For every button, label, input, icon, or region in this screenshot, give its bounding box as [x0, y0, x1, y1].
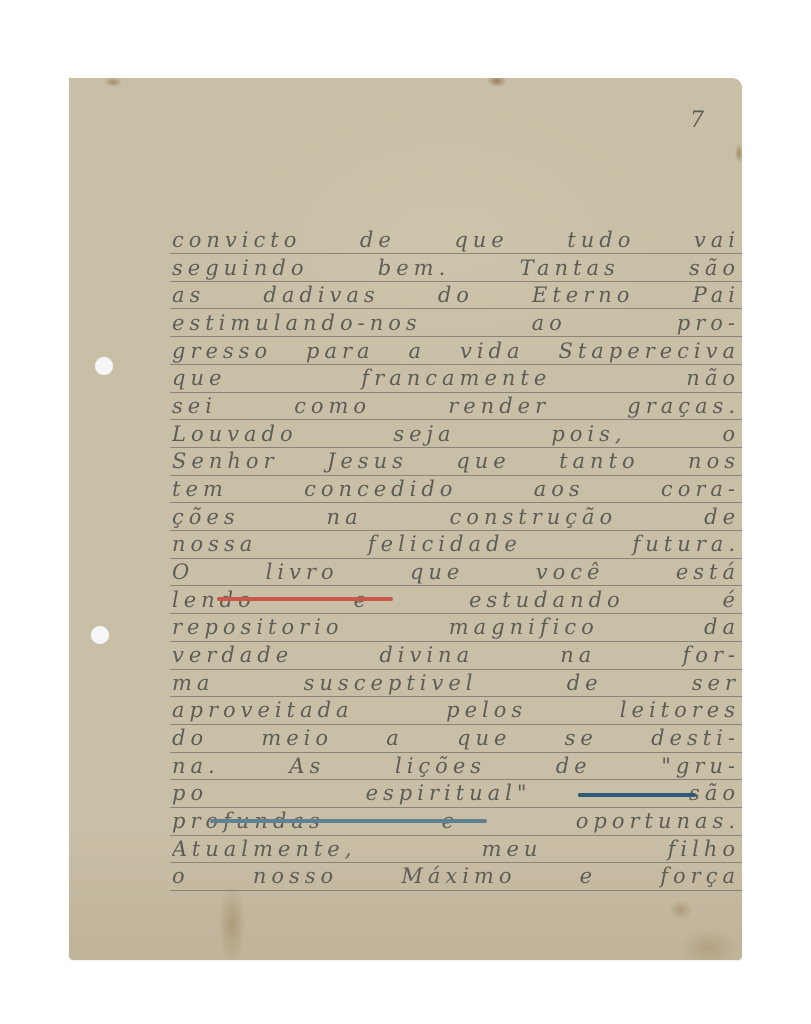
text-line: repositorio magnifico da: [172, 613, 740, 641]
blue-underline-annotation: [210, 819, 487, 823]
text-line: nossa felicidade futura.: [172, 530, 740, 558]
text-line: ções na construção de: [172, 503, 740, 531]
text-line: sei como render graças.: [172, 392, 740, 420]
punch-hole-top: [95, 357, 113, 375]
blue-underline-annotation: [578, 793, 696, 797]
text-line: verdade divina na for-: [172, 641, 740, 669]
text-line: que francamente não: [172, 364, 740, 392]
text-line: ma susceptivel de ser: [172, 669, 740, 697]
ruled-line: [170, 890, 742, 891]
text-line: seguindo bem. Tantas são: [172, 254, 740, 282]
text-line: do meio a que se desti-: [172, 724, 740, 752]
text-line: as dadivas do Eterno Pai: [172, 281, 740, 309]
text-line: Louvado seja pois, o: [172, 420, 740, 448]
text-line: estimulando-nos ao pro-: [172, 309, 740, 337]
text-line: convicto de que tudo vai: [172, 226, 740, 254]
text-line: O livro que você está: [172, 558, 740, 586]
text-line: aproveitada pelos leitores: [172, 696, 740, 724]
punch-hole-bottom: [91, 626, 109, 644]
text-line: na. As lições de "gru-: [172, 752, 740, 780]
red-underline-annotation: [217, 597, 393, 601]
text-line: Senhor Jesus que tanto nos: [172, 447, 740, 475]
text-line: gresso para a vida Stapereciva: [172, 337, 740, 365]
page-number: 7: [690, 108, 704, 133]
text-line: tem concedido aos cora-: [172, 475, 740, 503]
text-line: Atualmente, meu filho: [172, 835, 740, 863]
text-line: o nosso Máximo e força: [172, 862, 740, 890]
